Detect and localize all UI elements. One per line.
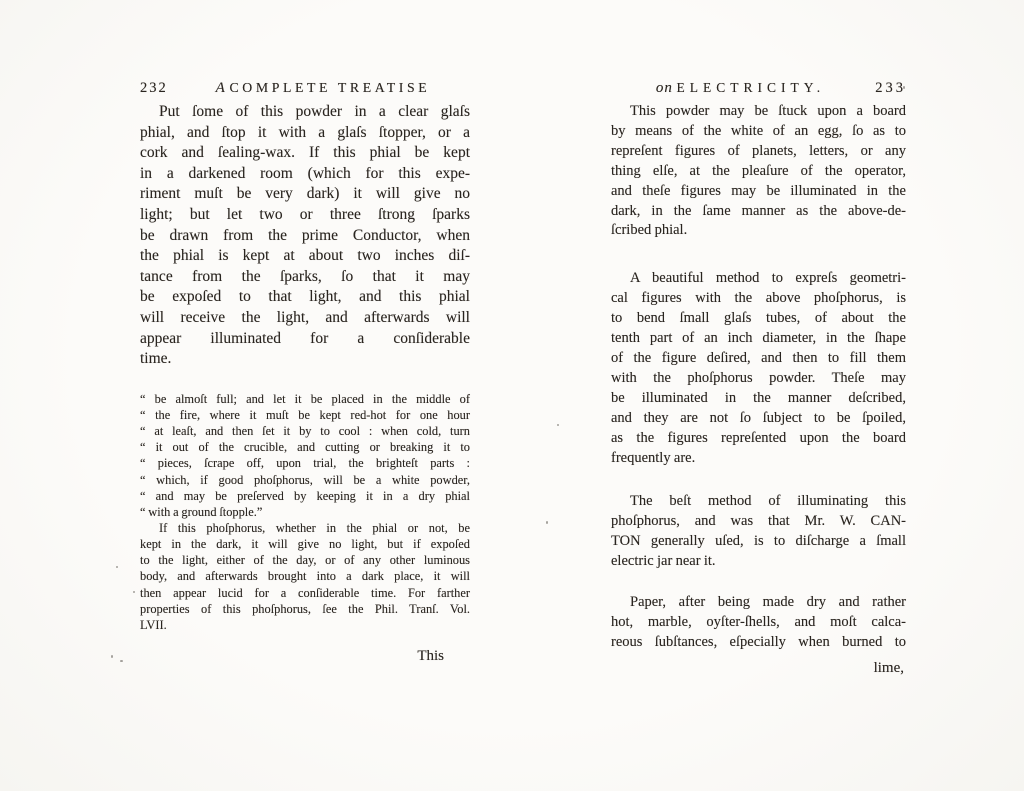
book-scan: { "book": { "left_page": { "header": { "… xyxy=(0,0,1024,791)
text-line: and theſe figures may be illuminated in … xyxy=(611,182,906,202)
text-line: A beautiful method to expreſs geometri- xyxy=(611,269,906,289)
scan-speck xyxy=(116,566,118,568)
text-line: “ and may be preſerved by keeping it in … xyxy=(140,488,470,504)
right-paragraph-2: A beautiful method to expreſs geometri-c… xyxy=(611,269,906,468)
left-running-title: A COMPLETE TREATISE xyxy=(176,80,470,97)
text-line: repreſent figures of planets, letters, o… xyxy=(611,142,906,162)
text-line: the phial is kept at about two inches di… xyxy=(140,246,470,267)
scan-speck xyxy=(903,86,905,89)
running-title-caps: ELECTRICITY. xyxy=(677,80,826,95)
left-page: 232 A COMPLETE TREATISE Put ſome of this… xyxy=(140,80,470,665)
text-line: body, and afterwards brought into a dark… xyxy=(140,568,470,584)
right-page-number: 233 xyxy=(870,80,906,97)
text-line: by means of the white of an egg, ſo as t… xyxy=(611,122,906,142)
text-line: light; but let two or three ſtrong ſpark… xyxy=(140,205,470,226)
right-catchword: lime, xyxy=(611,660,906,677)
text-line: ſcribed phial. xyxy=(611,221,906,241)
text-line: of the figure deſired, and then to fill … xyxy=(611,349,906,369)
text-line: time. xyxy=(140,349,470,370)
right-running-title: on ELECTRICITY. xyxy=(611,80,870,97)
text-line: with the phoſphorus powder. Theſe may xyxy=(611,369,906,389)
text-line: kept in the dark, it will give no light,… xyxy=(140,536,470,552)
left-catchword: This xyxy=(140,648,470,665)
scan-speck xyxy=(557,424,559,426)
text-line: phial, and ſtop it with a glaſs ſtopper,… xyxy=(140,123,470,144)
scan-speck xyxy=(120,660,123,662)
text-line: “ it out of the crucible, and cutting or… xyxy=(140,439,470,455)
scan-speck xyxy=(111,655,113,658)
text-line: dark, in the ſame manner as the above-de… xyxy=(611,202,906,222)
running-title-caps: COMPLETE TREATISE xyxy=(229,80,430,95)
text-line: appear illuminated for a conſiderable xyxy=(140,329,470,350)
left-footnote: “ be almoſt full; and let it be placed i… xyxy=(140,391,470,633)
text-line: properties of this phoſphorus, ſee the P… xyxy=(140,601,470,617)
text-line: “ at leaſt, and then ſet it by to cool :… xyxy=(140,423,470,439)
text-line: to the light, either of the day, or of a… xyxy=(140,552,470,568)
scan-speck xyxy=(133,591,135,593)
text-line: LVII. xyxy=(140,617,470,633)
text-line: to bend ſmall glaſs tubes, of about the xyxy=(611,309,906,329)
text-line: “ be almoſt full; and let it be placed i… xyxy=(140,391,470,407)
text-line: cal figures with the above phoſphorus, i… xyxy=(611,289,906,309)
text-line: If this phoſphorus, whether in the phial… xyxy=(140,520,470,536)
text-line: This powder may be ſtuck upon a board xyxy=(611,102,906,122)
text-line: hot, marble, oyſter-ſhells, and moſt cal… xyxy=(611,613,906,633)
right-paragraph-4: Paper, after being made dry and ratherho… xyxy=(611,593,906,653)
text-line: as the figures repreſented upon the boar… xyxy=(611,429,906,449)
text-line: then appear lucid for a conſiderable tim… xyxy=(140,585,470,601)
text-line: “ with a ground ſtopple.” xyxy=(140,504,470,520)
text-line: be expoſed to that light, and this phial xyxy=(140,287,470,308)
running-title-lead: on xyxy=(656,80,673,96)
text-line: reous ſubſtances, eſpecially when burned… xyxy=(611,633,906,653)
footnote-quoted-block: “ be almoſt full; and let it be placed i… xyxy=(140,391,470,520)
right-paragraph-3: The beſt method of illuminating thisphoſ… xyxy=(611,492,906,572)
running-title-lead: A xyxy=(216,80,226,96)
text-line: Put ſome of this powder in a clear glaſs xyxy=(140,102,470,123)
text-line: The beſt method of illuminating this xyxy=(611,492,906,512)
text-line: be drawn from the prime Conductor, when xyxy=(140,226,470,247)
text-line: in a darkened room (which for this expe- xyxy=(140,164,470,185)
text-line: “ pieces, ſcrape off, upon trial, the br… xyxy=(140,455,470,471)
footnote-paragraph: If this phoſphorus, whether in the phial… xyxy=(140,520,470,633)
text-line: be illuminated in the manner deſcribed, xyxy=(611,389,906,409)
text-line: and they are not ſo ſubject to be ſpoile… xyxy=(611,409,906,429)
left-page-number: 232 xyxy=(140,80,176,97)
text-line: thing elſe, at the pleaſure of the opera… xyxy=(611,162,906,182)
text-line: Paper, after being made dry and rather xyxy=(611,593,906,613)
text-line: phoſphorus, and was that Mr. W. CAN- xyxy=(611,512,906,532)
left-page-header: 232 A COMPLETE TREATISE xyxy=(140,80,470,98)
text-line: “ which, if good phoſphorus, will be a w… xyxy=(140,472,470,488)
scan-speck xyxy=(546,521,548,524)
text-line: electric jar near it. xyxy=(611,552,906,572)
text-line: TON generally uſed, is to diſcharge a ſm… xyxy=(611,532,906,552)
text-line: tance from the ſparks, ſo that it may xyxy=(140,267,470,288)
text-line: will receive the light, and afterwards w… xyxy=(140,308,470,329)
text-line: cork and ſealing-wax. If this phial be k… xyxy=(140,143,470,164)
text-line: frequently are. xyxy=(611,449,906,469)
text-line: tenth part of an inch diameter, in the ſ… xyxy=(611,329,906,349)
left-body-paragraph: Put ſome of this powder in a clear glaſs… xyxy=(140,102,470,370)
right-page-header: on ELECTRICITY. 233 xyxy=(611,80,906,98)
text-line: “ the fire, where it muſt be kept red-ho… xyxy=(140,407,470,423)
right-paragraph-1: This powder may be ſtuck upon a boardby … xyxy=(611,102,906,241)
right-page: on ELECTRICITY. 233 This powder may be ſ… xyxy=(611,80,906,677)
text-line: riment muſt be very dark) it will give n… xyxy=(140,184,470,205)
